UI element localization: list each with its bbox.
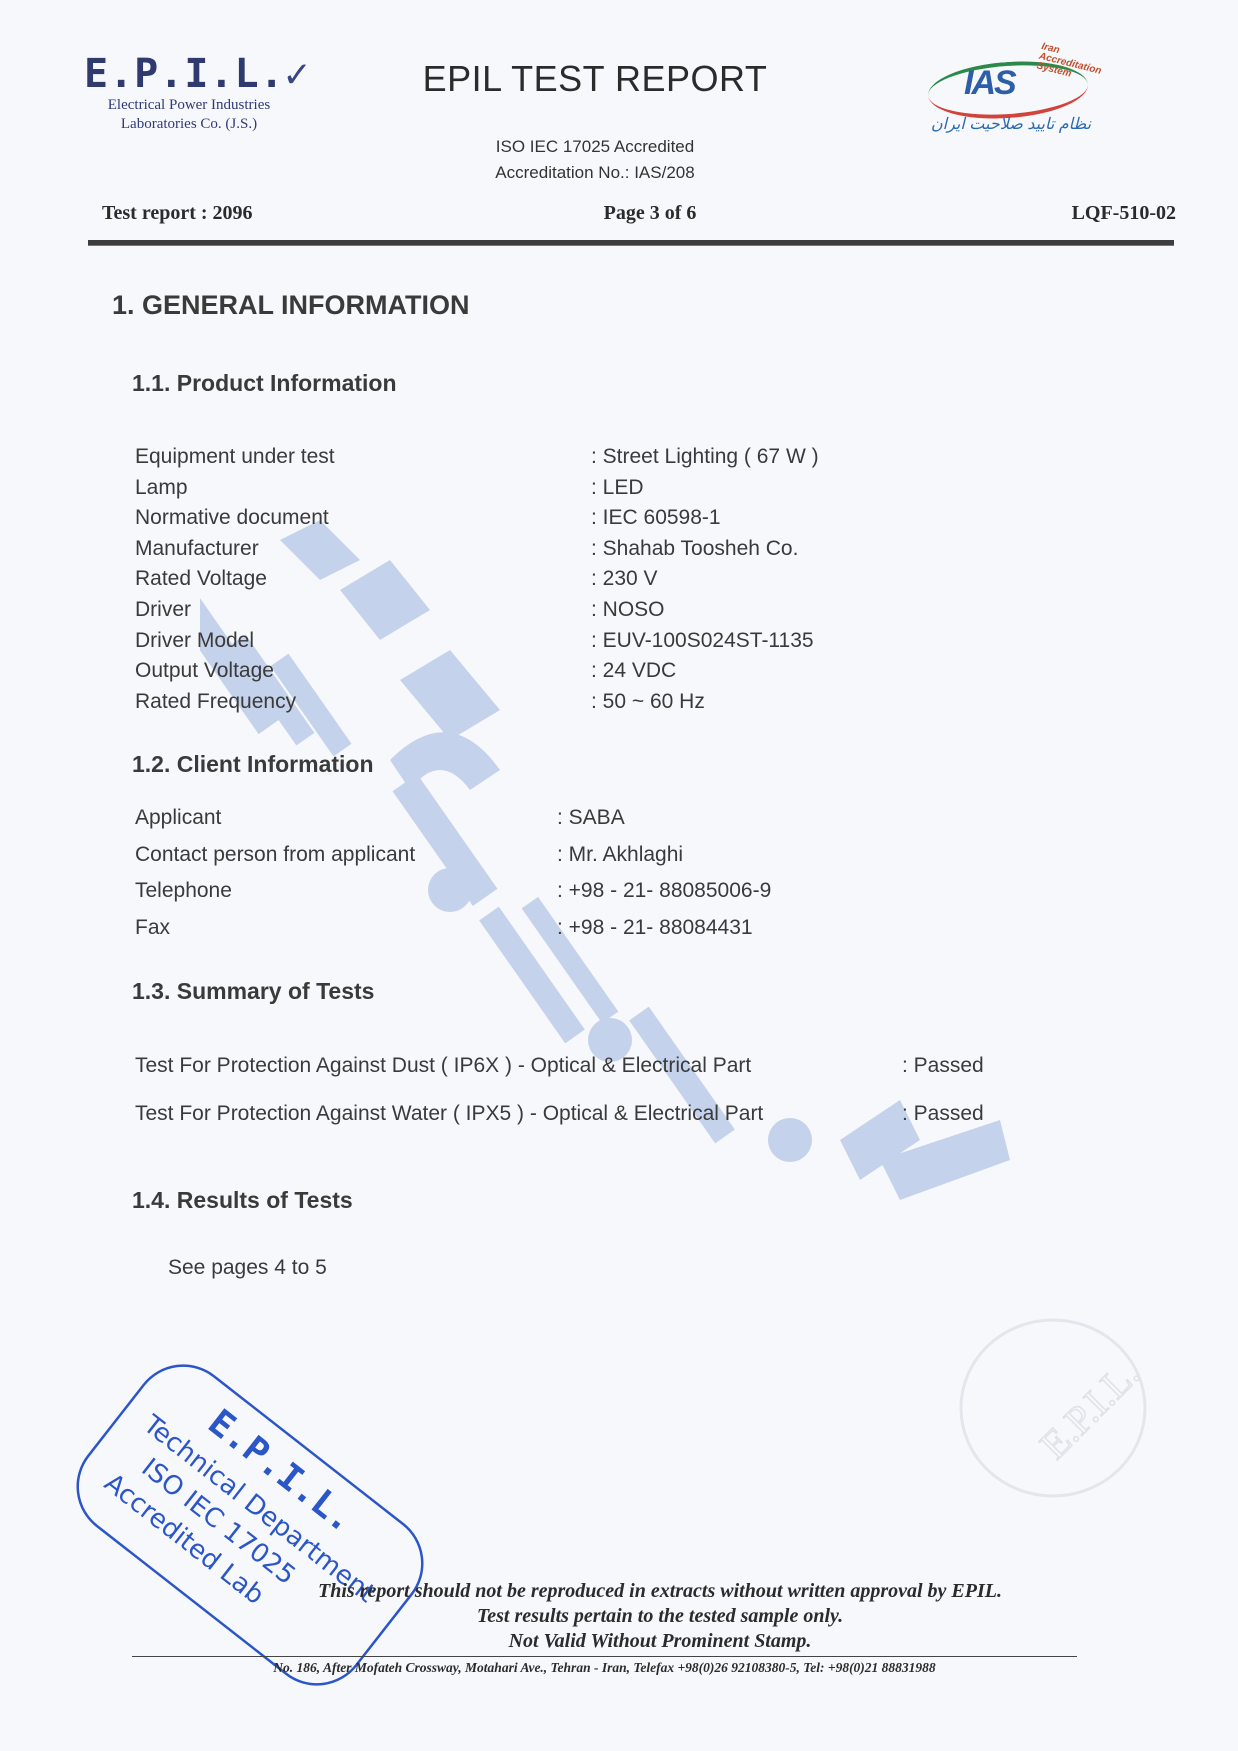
svg-text:ISO IEC 17025: ISO IEC 17025 bbox=[136, 1453, 301, 1591]
section-title: 1. GENERAL INFORMATION bbox=[112, 290, 470, 321]
page-number: Page 3 of 6 bbox=[560, 202, 740, 225]
ias-logo: IAS Iran Accreditation System نظام تایید… bbox=[920, 52, 1130, 142]
summary-heading: 1.3. Summary of Tests bbox=[132, 978, 374, 1005]
test-report-number: Test report : 2096 bbox=[102, 202, 253, 225]
report-title: EPIL TEST REPORT bbox=[380, 58, 810, 100]
company-name-line1: Electrical Power Industries bbox=[84, 96, 294, 115]
footer-address: No. 186, After Mofateh Crossway, Motahar… bbox=[132, 1660, 1077, 1676]
epil-logo-mark: E.P.I.L.✓ bbox=[84, 52, 294, 96]
svg-text:E.P.I.L.: E.P.I.L. bbox=[1031, 1351, 1148, 1468]
product-info-heading: 1.1. Product Information bbox=[132, 370, 397, 397]
header-divider bbox=[88, 240, 1174, 246]
svg-text:E.P.I.L.: E.P.I.L. bbox=[200, 1402, 362, 1541]
test-status: : Passed bbox=[902, 1090, 984, 1138]
accreditation-info: ISO IEC 17025 Accredited Accreditation N… bbox=[400, 134, 790, 186]
footer-disclaimer: This report should not be reproduced in … bbox=[220, 1579, 1100, 1654]
results-heading: 1.4. Results of Tests bbox=[132, 1187, 353, 1214]
ias-logo-mark: IAS bbox=[964, 64, 1015, 103]
footer-line2: Test results pertain to the tested sampl… bbox=[220, 1604, 1100, 1629]
epil-logo: E.P.I.L.✓ Electrical Power Industries La… bbox=[84, 52, 294, 134]
report-page: E.P.I.L.✓ Electrical Power Industries La… bbox=[0, 0, 1238, 1751]
client-info-heading: 1.2. Client Information bbox=[132, 751, 374, 778]
footer-divider bbox=[132, 1656, 1077, 1657]
footer-line1: This report should not be reproduced in … bbox=[220, 1579, 1100, 1604]
accreditation-line1: ISO IEC 17025 Accredited bbox=[400, 134, 790, 160]
company-name-line2: Laboratories Co. (J.S.) bbox=[84, 115, 294, 134]
embossed-seal-icon: E.P.I.L. bbox=[948, 1308, 1158, 1508]
form-code: LQF-510-02 bbox=[1072, 202, 1176, 225]
footer-line3: Not Valid Without Prominent Stamp. bbox=[220, 1629, 1100, 1654]
accreditation-line2: Accreditation No.: IAS/208 bbox=[400, 160, 790, 186]
results-reference: See pages 4 to 5 bbox=[168, 1256, 327, 1280]
checkmark-icon: ✓ bbox=[285, 51, 310, 97]
ias-farsi-text: نظام تایید صلاحیت ایران bbox=[926, 114, 1096, 134]
test-status: : Passed bbox=[902, 1042, 984, 1090]
